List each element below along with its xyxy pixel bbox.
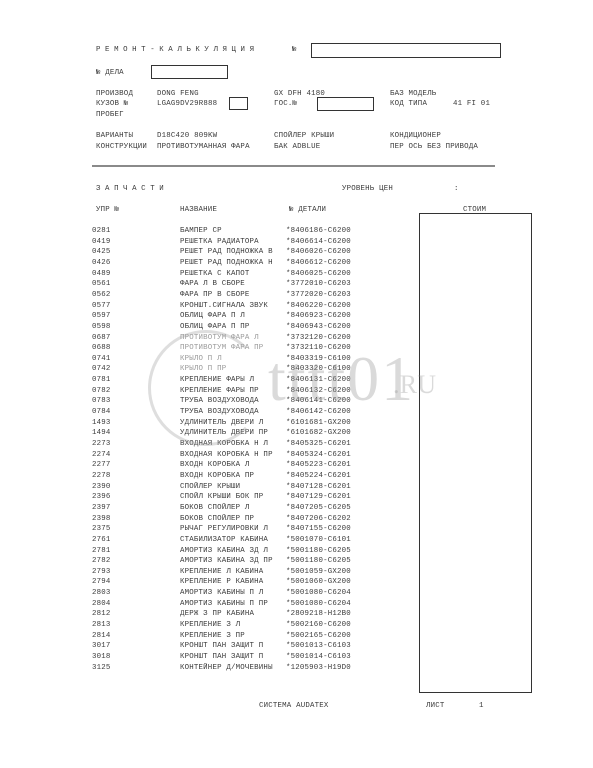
part-number: *8406614-C6200 [286, 238, 351, 246]
part-code: 1494 [92, 429, 111, 437]
part-number: *3772010-C6203 [286, 280, 351, 288]
part-number: *1205903-H19D0 [286, 664, 351, 672]
part-name: КРОНШТ ПАН ЗАЩИТ П [180, 653, 263, 661]
part-name: ОБЛИЦ ФАРА П Л [180, 312, 245, 320]
part-number: *8405325-C6201 [286, 440, 351, 448]
part-name: КРЕПЛЕНИЕ Р КАБИНА [180, 578, 263, 586]
body-number-label: КУЗОВ № [96, 100, 128, 108]
part-number: *8403319-C6100 [286, 355, 351, 363]
parts-section-title: ЗАПЧАСТИ [96, 185, 168, 193]
part-name: ФАРА Л В СБОРЕ [180, 280, 245, 288]
part-number: *8407129-C6201 [286, 493, 351, 501]
part-name: ВХОДНАЯ КОРОБКА Н Л [180, 440, 268, 448]
part-name: КОНТЕЙНЕР Д/МОЧЕВИНЫ [180, 664, 273, 672]
part-code: 2277 [92, 461, 111, 469]
part-number: *8403320-C6100 [286, 365, 351, 373]
part-number: *8406141-C6200 [286, 397, 351, 405]
part-number: *5001180-C6205 [286, 557, 351, 565]
design-label: КОНСТРУКЦИИ [96, 143, 147, 151]
part-number: *8405324-C6201 [286, 451, 351, 459]
part-number: *8405223-C6201 [286, 461, 351, 469]
part-name: РЕШЕТКА С КАПОТ [180, 270, 250, 278]
part-name: КРЕПЛЕНИЕ ФАРЫ ПР [180, 387, 259, 395]
part-number: *5001014-C6103 [286, 653, 351, 661]
part-number: *8407205-C6205 [286, 504, 351, 512]
part-number: *8406220-C6200 [286, 302, 351, 310]
part-code: 2278 [92, 472, 111, 480]
mileage-label: ПРОБЕГ [96, 111, 124, 119]
body-number-field[interactable] [229, 97, 248, 110]
part-name: ВХОДН КОРОБКА ПР [180, 472, 254, 480]
part-code: 0598 [92, 323, 111, 331]
part-name: БОКОВ СПОЙЛЕР ПР [180, 515, 254, 523]
part-code: 1493 [92, 419, 111, 427]
option-ac: КОНДИЦИОНЕР [390, 132, 441, 140]
part-code: 2375 [92, 525, 111, 533]
part-code: 2781 [92, 547, 111, 555]
col-header-part-no: № ДЕТАЛИ [289, 206, 326, 214]
part-code: 0489 [92, 270, 111, 278]
part-code: 0281 [92, 227, 111, 235]
part-name: КРОНШТ.СИГНАЛА ЗВУК [180, 302, 268, 310]
footer-sheet-label: ЛИСТ [426, 702, 445, 710]
part-code: 3017 [92, 642, 111, 650]
body-number-value: LGAG9DV29R888 [157, 100, 217, 108]
footer-sheet-value: 1 [479, 702, 484, 710]
part-name: СПОЙЛ КРЫШИ БОК ПР [180, 493, 263, 501]
part-name: ОБЛИЦ ФАРА П ПР [180, 323, 250, 331]
part-code: 3018 [92, 653, 111, 661]
part-code: 2812 [92, 610, 111, 618]
part-name: ВХОДН КОРОБКА Л [180, 461, 250, 469]
part-code: 0561 [92, 280, 111, 288]
part-number: *8406186-C6200 [286, 227, 351, 235]
part-name: РЫЧАГ РЕГУЛИРОВКИ Л [180, 525, 268, 533]
part-name: ТРУБА ВОЗДУХОВОДА [180, 408, 259, 416]
part-number: *6101682-GX200 [286, 429, 351, 437]
part-name: АМОРТИЗ КАБИНЫ П Л [180, 589, 263, 597]
option-adblue: БАК ADBLUE [274, 143, 320, 151]
part-code: 2814 [92, 632, 111, 640]
part-code: 2794 [92, 578, 111, 586]
part-number: *8407155-C6200 [286, 525, 351, 533]
col-header-name: НАЗВАНИЕ [180, 206, 217, 214]
option-axle: ПЕР ОСЬ БЕЗ ПРИВОДА [390, 143, 478, 151]
part-number: *8406132-C6200 [286, 387, 351, 395]
type-code-value: 41 FI 01 [453, 100, 490, 108]
part-code: 2804 [92, 600, 111, 608]
part-name: АМОРТИЗ КАБИНА ЗД ПР [180, 557, 273, 565]
variants-label: ВАРИАНТЫ [96, 132, 133, 140]
price-level-sep: : [454, 185, 459, 193]
part-name: ПРОТИВОТУМ ФАРА Л [180, 334, 259, 342]
part-number: *6101681-GX200 [286, 419, 351, 427]
part-code: 0426 [92, 259, 111, 267]
part-code: 2274 [92, 451, 111, 459]
part-code: 0742 [92, 365, 111, 373]
design-value: ПРОТИВОТУМАННАЯ ФАРА [157, 143, 250, 151]
part-code: 0425 [92, 248, 111, 256]
part-number: *8407128-C6201 [286, 483, 351, 491]
part-code: 0419 [92, 238, 111, 246]
part-name: КРЫЛО П ПР [180, 365, 226, 373]
part-name: СПОЙЛЕР КРЫШИ [180, 483, 240, 491]
part-code: 0687 [92, 334, 111, 342]
part-number: *8406026-C6200 [286, 248, 351, 256]
manufacturer-label: ПРОИЗВОД [96, 90, 133, 98]
part-code: 2761 [92, 536, 111, 544]
part-code: 3125 [92, 664, 111, 672]
part-code: 0784 [92, 408, 111, 416]
part-name: ВХОДНАЯ КОРОБКА Н ПР [180, 451, 273, 459]
part-name: АМОРТИЗ КАБИНЫ П ПР [180, 600, 268, 608]
variants-value: D18C420 809KW [157, 132, 217, 140]
part-number: *5002160-C6200 [286, 621, 351, 629]
part-code: 2398 [92, 515, 111, 523]
part-number: *2809218-H12B0 [286, 610, 351, 618]
part-number: *8405224-C6201 [286, 472, 351, 480]
part-name: КРЕПЛЕНИЕ З ПР [180, 632, 245, 640]
part-code: 2273 [92, 440, 111, 448]
part-number: *8407206-C6202 [286, 515, 351, 523]
part-number: *5001080-C6204 [286, 589, 351, 597]
reg-number-label: ГОС.№ [274, 100, 297, 108]
part-name: ДЕРЖ З ПР КАБИНА [180, 610, 254, 618]
part-number: *3732110-C6200 [286, 344, 351, 352]
part-number: *8406025-C6200 [286, 270, 351, 278]
part-code: 2813 [92, 621, 111, 629]
part-code: 0577 [92, 302, 111, 310]
part-number: *5001059-GX200 [286, 568, 351, 576]
part-number: *5001013-C6103 [286, 642, 351, 650]
part-name: БАМПЕР СР [180, 227, 222, 235]
section-divider [92, 165, 495, 167]
case-number-field[interactable] [151, 65, 228, 79]
part-name: УДЛИНИТЕЛЬ ДВЕРИ Л [180, 419, 263, 427]
manufacturer-value: DONG FENG [157, 90, 199, 98]
part-number: *3772020-C6203 [286, 291, 351, 299]
part-code: 2396 [92, 493, 111, 501]
part-code: 0741 [92, 355, 111, 363]
part-code: 2390 [92, 483, 111, 491]
part-code: 0688 [92, 344, 111, 352]
part-name: УДЛИНИТЕЛЬ ДВЕРИ ПР [180, 429, 268, 437]
part-name: РЕШЕТ РАД ПОДНОЖКА Н [180, 259, 273, 267]
part-name: РЕШЕТКА РАДИАТОРА [180, 238, 259, 246]
part-number: *8406943-C6200 [286, 323, 351, 331]
part-name: КРЕПЛЕНИЕ З Л [180, 621, 240, 629]
option-spoiler: СПОЙЛЕР КРЫШИ [274, 132, 334, 140]
part-name: КРОНШТ ПАН ЗАЩИТ П [180, 642, 263, 650]
part-code: 2782 [92, 557, 111, 565]
part-name: КРЕПЛЕНИЕ Л КАБИНА [180, 568, 263, 576]
part-number: *5002165-C6200 [286, 632, 351, 640]
part-number: *8406142-C6200 [286, 408, 351, 416]
part-code: 0562 [92, 291, 111, 299]
part-number: *5001070-C6101 [286, 536, 351, 544]
part-code: 2397 [92, 504, 111, 512]
part-code: 2803 [92, 589, 111, 597]
case-number-label: № ДЕЛА [96, 69, 124, 77]
part-code: 0782 [92, 387, 111, 395]
part-code: 2793 [92, 568, 111, 576]
part-name: ПРОТИВОТУМ ФАРА ПР [180, 344, 263, 352]
part-name: КРЫЛО П Л [180, 355, 222, 363]
part-number: *5001060-GX200 [286, 578, 351, 586]
part-code: 0781 [92, 376, 111, 384]
base-model-label: БАЗ МОДЕЛЬ [390, 90, 436, 98]
part-name: БОКОВ СПОЙЛЕР Л [180, 504, 250, 512]
part-number: *3732120-C6200 [286, 334, 351, 342]
reg-number-field[interactable] [317, 97, 374, 111]
part-name: СТАБИЛИЗАТОР КАБИНА [180, 536, 268, 544]
calc-number-field[interactable] [311, 43, 501, 58]
part-number: *8406612-C6200 [286, 259, 351, 267]
part-code: 0597 [92, 312, 111, 320]
part-number: *8406923-C6200 [286, 312, 351, 320]
part-name: АМОРТИЗ КАБИНА ЗД Л [180, 547, 268, 555]
document-title: РЕМОНТ-КАЛЬКУЛЯЦИЯ [96, 46, 259, 54]
part-name: КРЕПЛЕНИЕ ФАРЫ Л [180, 376, 254, 384]
part-name: ТРУБА ВОЗДУХОВОДА [180, 397, 259, 405]
cost-column-box [419, 213, 532, 693]
part-number: *8406131-C6200 [286, 376, 351, 384]
part-number: *5001080-C6204 [286, 600, 351, 608]
part-name: ФАРА ПР В СБОРЕ [180, 291, 250, 299]
type-code-label: КОД ТИПА [390, 100, 427, 108]
col-header-code: УПР № [96, 206, 119, 214]
part-number: *5001180-C6205 [286, 547, 351, 555]
part-name: РЕШЕТ РАД ПОДНОЖКА В [180, 248, 273, 256]
price-level-label: УРОВЕНЬ ЦЕН [342, 185, 393, 193]
footer-system: СИСТЕМА AUDATEX [259, 702, 329, 710]
part-code: 0783 [92, 397, 111, 405]
calc-number-label: № [292, 46, 297, 54]
